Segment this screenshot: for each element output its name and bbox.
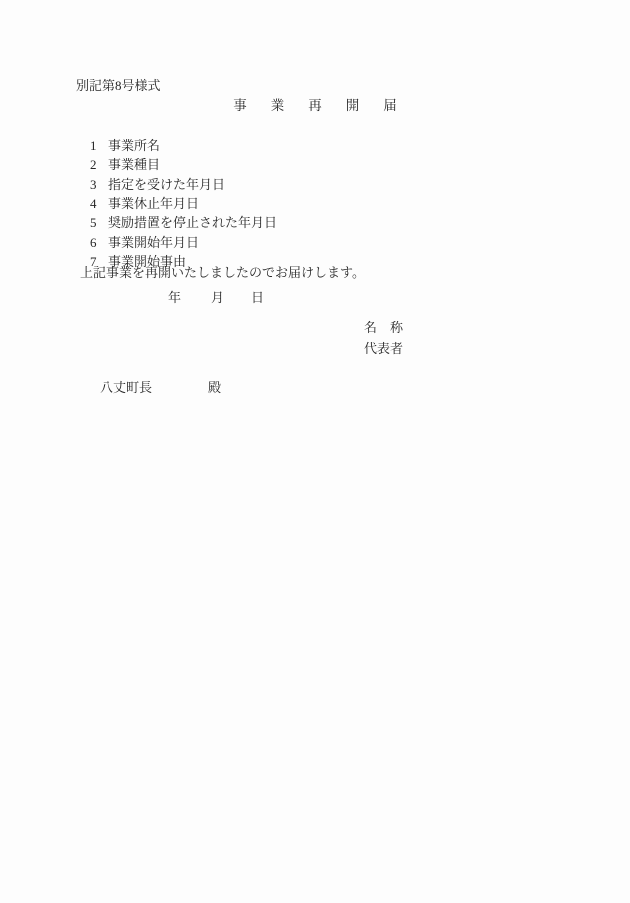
form-item-row: 4 事業休止年月日 [90,194,277,213]
form-item-row: 6 事業開始年月日 [90,233,277,252]
signature-name-label: 名 称 [364,321,403,335]
item-label: 奨励措置を停止された年月日 [108,213,277,232]
addressee-honorific-label: 殿 [208,377,221,396]
form-item-row: 2 事業種目 [90,155,277,174]
item-label: 事業所名 [108,136,160,155]
date-line: 年 月 日 [0,287,630,301]
resumption-statement: 上記事業を再開いたしましたのでお届けします。 [80,266,365,280]
signature-representative-label: 代表者 [364,342,403,356]
item-number: 6 [90,233,108,252]
document-page: 別記第8号様式 事業再開届 1 事業所名 2 事業種目 3 指定を受けた年月日 … [0,0,630,903]
item-number: 5 [90,213,108,232]
item-number: 2 [90,155,108,174]
addressee-line: 八丈町長 殿 [0,377,630,391]
item-label: 事業休止年月日 [108,194,199,213]
addressee-name: 八丈町長 [100,377,152,396]
day-label: 日 [251,287,264,306]
item-label: 事業開始年月日 [108,233,199,252]
year-label: 年 [168,287,181,306]
item-number: 1 [90,136,108,155]
form-code-label: 別記第8号様式 [76,79,161,93]
item-number: 3 [90,175,108,194]
item-number: 4 [90,194,108,213]
form-item-row: 5 奨励措置を停止された年月日 [90,213,277,232]
form-items-list: 1 事業所名 2 事業種目 3 指定を受けた年月日 4 事業休止年月日 5 奨励… [90,136,277,271]
item-label: 事業種目 [108,155,160,174]
item-label: 指定を受けた年月日 [108,175,225,194]
document-title: 事業再開届 [0,98,630,113]
month-label: 月 [211,287,224,306]
form-item-row: 3 指定を受けた年月日 [90,175,277,194]
form-item-row: 1 事業所名 [90,136,277,155]
